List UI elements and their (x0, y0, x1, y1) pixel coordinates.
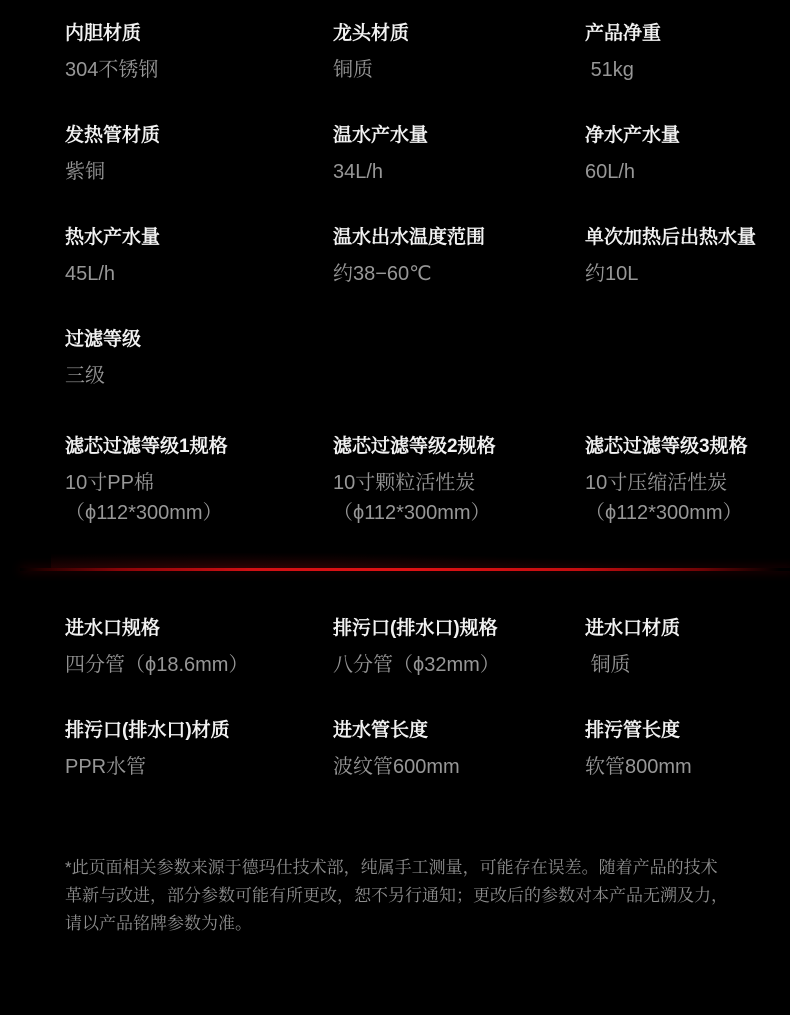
spec-value: 约38−60℃ (333, 259, 585, 289)
spec-value: 10寸颗粒活性炭 （ϕ112*300mm） (333, 468, 585, 528)
product-spec-page: 内胆材质 304不锈钢 龙头材质 铜质 产品净重 51kg 发热管材质 紫铜 温… (0, 0, 790, 1015)
spec-value: 四分管（ϕ18.6mm） (65, 650, 333, 680)
spec-label: 进水口规格 (65, 617, 333, 641)
spec-item: 滤芯过滤等级1规格 10寸PP棉 （ϕ112*300mm） (65, 435, 333, 528)
spec-item: 滤芯过滤等级3规格 10寸压缩活性炭 （ϕ112*300mm） (585, 435, 780, 528)
spec-label: 进水管长度 (333, 719, 585, 743)
spec-label: 温水产水量 (333, 124, 585, 148)
spec-item: 进水口规格 四分管（ϕ18.6mm） (65, 617, 333, 680)
spec-label: 单次加热后出热水量 (585, 226, 780, 250)
spec-value: 10寸压缩活性炭 （ϕ112*300mm） (585, 468, 780, 528)
spec-value: 60L/h (585, 157, 780, 187)
spec-item: 发热管材质 紫铜 (65, 124, 333, 187)
spec-value: 软管800mm (585, 752, 780, 782)
spec-value: 三级 (65, 361, 333, 391)
spec-item: 内胆材质 304不锈钢 (65, 22, 333, 85)
spec-value: 约10L (585, 259, 780, 289)
spec-item: 热水产水量 45L/h (65, 226, 333, 289)
spec-value: 304不锈钢 (65, 55, 333, 85)
spec-label: 发热管材质 (65, 124, 333, 148)
spec-row: 排污口(排水口)材质 PPR水管 进水管长度 波纹管600mm 排污管长度 软管… (65, 719, 780, 782)
spec-row: 热水产水量 45L/h 温水出水温度范围 约38−60℃ 单次加热后出热水量 约… (65, 226, 780, 289)
spec-value: 45L/h (65, 259, 333, 289)
spec-label: 滤芯过滤等级1规格 (65, 435, 333, 459)
spec-label: 内胆材质 (65, 22, 333, 46)
spec-item: 温水产水量 34L/h (333, 124, 585, 187)
spec-row: 内胆材质 304不锈钢 龙头材质 铜质 产品净重 51kg (65, 22, 780, 85)
spec-item: 排污管长度 软管800mm (585, 719, 780, 782)
spec-label: 净水产水量 (585, 124, 780, 148)
spec-label: 过滤等级 (65, 328, 333, 352)
spec-label: 温水出水温度范围 (333, 226, 585, 250)
spec-value: 51kg (585, 55, 780, 85)
spec-item: 进水口材质 铜质 (585, 617, 780, 680)
spec-value: 紫铜 (65, 157, 333, 187)
spec-section-bottom: 进水口规格 四分管（ϕ18.6mm） 排污口(排水口)规格 八分管（ϕ32mm）… (65, 617, 780, 782)
spec-value: 八分管（ϕ32mm） (333, 650, 585, 680)
spec-section-top: 内胆材质 304不锈钢 龙头材质 铜质 产品净重 51kg 发热管材质 紫铜 温… (65, 22, 780, 528)
spec-value: PPR水管 (65, 752, 333, 782)
spec-item: 进水管长度 波纹管600mm (333, 719, 585, 782)
spec-label: 产品净重 (585, 22, 780, 46)
spec-row: 进水口规格 四分管（ϕ18.6mm） 排污口(排水口)规格 八分管（ϕ32mm）… (65, 617, 780, 680)
spec-row: 发热管材质 紫铜 温水产水量 34L/h 净水产水量 60L/h (65, 124, 780, 187)
spec-label: 滤芯过滤等级2规格 (333, 435, 585, 459)
spec-value: 铜质 (333, 55, 585, 85)
spec-label: 排污口(排水口)规格 (333, 617, 585, 641)
spec-row: 过滤等级 三级 (65, 328, 780, 391)
spec-item: 净水产水量 60L/h (585, 124, 780, 187)
spec-label: 热水产水量 (65, 226, 333, 250)
spec-value: 波纹管600mm (333, 752, 585, 782)
spec-value: 34L/h (333, 157, 585, 187)
red-divider (20, 568, 790, 571)
spec-row: 滤芯过滤等级1规格 10寸PP棉 （ϕ112*300mm） 滤芯过滤等级2规格 … (65, 435, 780, 528)
spec-label: 排污管长度 (585, 719, 780, 743)
spec-item: 过滤等级 三级 (65, 328, 333, 391)
spec-item: 排污口(排水口)规格 八分管（ϕ32mm） (333, 617, 585, 680)
spec-item: 产品净重 51kg (585, 22, 780, 85)
spec-label: 排污口(排水口)材质 (65, 719, 333, 743)
spec-item: 滤芯过滤等级2规格 10寸颗粒活性炭 （ϕ112*300mm） (333, 435, 585, 528)
spec-item: 单次加热后出热水量 约10L (585, 226, 780, 289)
spec-label: 龙头材质 (333, 22, 585, 46)
spec-label: 进水口材质 (585, 617, 780, 641)
spec-value: 铜质 (585, 650, 780, 680)
spec-item: 温水出水温度范围 约38−60℃ (333, 226, 585, 289)
spec-item: 龙头材质 铜质 (333, 22, 585, 85)
spec-label: 滤芯过滤等级3规格 (585, 435, 780, 459)
disclaimer-text: *此页面相关参数来源于德玛仕技术部，纯属手工测量，可能存在误差。随着产品的技术 … (65, 854, 780, 938)
spec-value: 10寸PP棉 （ϕ112*300mm） (65, 468, 333, 528)
spec-item: 排污口(排水口)材质 PPR水管 (65, 719, 333, 782)
